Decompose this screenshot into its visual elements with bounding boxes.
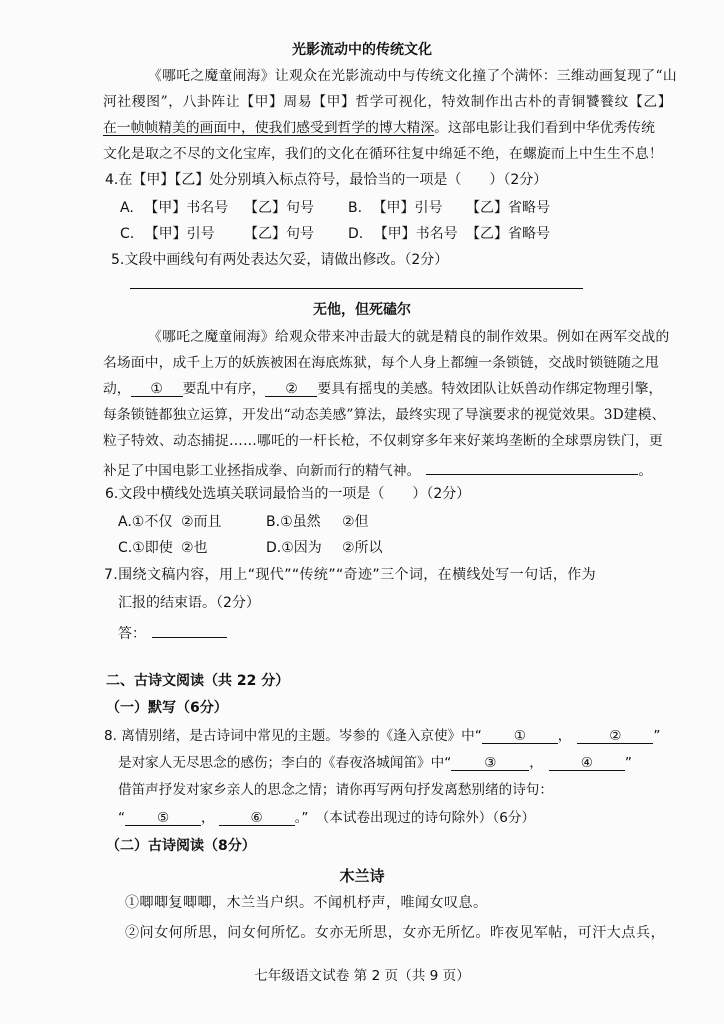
- option-second: ②但: [342, 512, 369, 532]
- closing-sentence-blank[interactable]: [426, 457, 638, 475]
- punct: “: [118, 810, 125, 826]
- blank-3[interactable]: ③: [451, 753, 529, 771]
- question-8-line-4: “⑤，⑥。”（本试卷出现过的诗句除外）（6分）: [118, 808, 535, 828]
- option-first: ①不仅: [132, 514, 173, 530]
- option-jia: 【甲】书名号: [374, 226, 458, 242]
- section-2-heading: 二、古诗文阅读（共 22 分）: [106, 671, 289, 691]
- option-second: ②而且: [181, 512, 222, 532]
- passage2-line-3: 动，①要乱中有序，②要具有摇曳的美感。特效团队让妖兽动作绑定物理引擎，: [103, 379, 662, 399]
- passage1-title: 光影流动中的传统文化: [0, 40, 724, 60]
- blank-4[interactable]: ④: [549, 753, 625, 771]
- option-yi: 【乙】省略号: [466, 198, 550, 218]
- option-letter: C.: [120, 226, 134, 242]
- poem-stanza-1: ①唧唧复唧唧，木兰当户织。不闻机杼声，唯闻女叹息。: [125, 893, 488, 913]
- passage1-line-4: 文化是取之不尽的文化宝库，我们的文化在循环往复中绵延不绝，在螺旋而上中生生不息！: [103, 144, 663, 164]
- question-7-stem-cont: 汇报的结束语。（2分）: [118, 593, 260, 613]
- option-first: ①因为: [281, 540, 322, 556]
- passage1-line-2: 河社稷图”，八卦阵让【甲】周易【甲】哲学可视化，特效制作出古朴的青铜饕餮纹【乙】: [103, 92, 672, 112]
- option-first: ①即使: [132, 540, 173, 556]
- question-6-stem: 6.文段中横线处选填关联词最恰当的一项是（ ）（2分）: [105, 484, 470, 504]
- question-8-note: （本试卷出现过的诗句除外）（6分）: [322, 810, 535, 826]
- q4-option-d[interactable]: D. 【甲】书名号 【乙】省略号: [348, 224, 458, 244]
- q6-option-c[interactable]: C.①即使 ②也: [118, 538, 173, 558]
- blank-2[interactable]: ②: [265, 379, 317, 397]
- q6-option-a[interactable]: A.①不仅 ②而且: [118, 512, 172, 532]
- option-second: ②也: [181, 538, 208, 558]
- passage2-line-5: 粒子特效、动态捕捉……哪吒的一杆长枪，不仅刺穿多年来好莱坞垄断的全球票房铁门，更: [103, 431, 663, 451]
- passage2-line-1: 《哪吒之魔童闹海》给观众带来冲击最大的就是精良的制作效果。例如在两军交战的: [148, 327, 670, 347]
- blank-1[interactable]: ①: [482, 726, 558, 744]
- passage2-line-2: 名场面中，成千上万的妖族被困在海底炼狱，每个人身上都缠一条锁链，交战时锁链随之甩: [103, 353, 659, 373]
- punct: ，: [201, 810, 215, 826]
- blank-6[interactable]: ⑥: [219, 808, 295, 826]
- option-letter: A.: [118, 514, 132, 530]
- text: 是对家人无尽思念的感伤；李白的《春夜洛城闻笛》中“: [118, 755, 451, 771]
- option-first: ①虽然: [280, 514, 321, 530]
- punct: ”: [625, 755, 632, 771]
- text: 要乱中有序，: [183, 381, 266, 397]
- punct: ，: [558, 728, 572, 744]
- punct: ”: [653, 728, 660, 744]
- option-yi: 【乙】句号: [244, 224, 314, 244]
- blank-2[interactable]: ②: [577, 726, 653, 744]
- blank-1[interactable]: ①: [131, 379, 183, 397]
- passage2-title: 无他，但死磕尔: [0, 300, 724, 320]
- option-letter: B.: [348, 200, 362, 216]
- poem-stanza-2: ②问女何所思，问女何所忆。女亦无所思，女亦无所忆。昨夜见军帖，可汗大点兵，: [125, 923, 665, 943]
- passage1-line-3-rest: 这部电影让我们看到中华优秀传统: [448, 120, 655, 136]
- passage2-line-4: 每条锁链都独立运算，开发出“动态美感”算法，最终实现了导演要求的视觉效果。3D建…: [103, 405, 665, 425]
- option-letter: D.: [266, 540, 281, 556]
- q6-option-b[interactable]: B.①虽然 ②但: [266, 512, 321, 532]
- option-jia: 【甲】引号: [145, 226, 215, 242]
- text: 补足了中国电影工业拯指成拳、向新而行的精气神。: [103, 463, 420, 479]
- option-yi: 【乙】省略号: [466, 224, 550, 244]
- q6-option-d[interactable]: D.①因为 ②所以: [266, 538, 322, 558]
- answer-label: 答：: [118, 626, 146, 642]
- question-8-line-2: 是对家人无尽思念的感伤；李白的《春夜洛城闻笛》中“③，④”: [118, 753, 632, 773]
- option-yi: 【乙】句号: [244, 198, 314, 218]
- question-8-line-1: 8. 离情别绪，是古诗词中常见的主题。岑参的《逢入京使》中“①，②”: [104, 726, 660, 746]
- answer-line-q5[interactable]: [130, 288, 583, 289]
- page-footer: 七年级语文试卷 第 2 页（共 9 页）: [0, 966, 724, 986]
- q4-option-c[interactable]: C. 【甲】引号 【乙】句号: [120, 224, 215, 244]
- passage1-line-3: 在一帧帧精美的画面中，使我们感受到哲学的博大精深。这部电影让我们看到中华优秀传统: [103, 118, 655, 138]
- question-4-stem: 4.在【甲】【乙】处分别填入标点符号，最恰当的一项是（ ）（2分）: [105, 170, 547, 190]
- option-letter: D.: [348, 226, 363, 242]
- blank-5[interactable]: ⑤: [125, 808, 201, 826]
- text: 8. 离情别绪，是古诗词中常见的主题。岑参的《逢入京使》中“: [104, 728, 482, 744]
- q4-option-b[interactable]: B. 【甲】引号 【乙】省略号: [348, 198, 443, 218]
- question-7-answer: 答：: [118, 620, 227, 644]
- punct: 。”: [295, 810, 309, 826]
- option-jia: 【甲】书名号: [144, 200, 228, 216]
- punct: 。: [638, 463, 652, 479]
- answer-blank-q7[interactable]: [152, 620, 227, 638]
- option-jia: 【甲】引号: [373, 200, 443, 216]
- passage2-line-6: 补足了中国电影工业拯指成拳、向新而行的精气神。。: [103, 457, 652, 481]
- option-second: ②所以: [342, 538, 383, 558]
- question-8-line-3: 借笛声抒发对家乡亲人的思念之情；请你再写两句抒发离愁别绪的诗句：: [118, 780, 553, 800]
- question-5-stem: 5.文段中画线句有两处表达欠妥，请做出修改。（2分）: [111, 250, 448, 270]
- punct: ，: [529, 755, 543, 771]
- question-7-stem: 7.围绕文稿内容，用上“现代”“传统”“奇迹”三个词，在横线处写一句话，作为: [104, 565, 596, 585]
- text: 要具有摇曳的美感。特效团队让妖兽动作绑定物理引擎，: [317, 381, 662, 397]
- q4-option-a[interactable]: A. 【甲】书名号 【乙】句号: [120, 198, 228, 218]
- poem-title: 木兰诗: [0, 866, 724, 886]
- option-letter: C.: [118, 540, 132, 556]
- option-letter: A.: [120, 200, 134, 216]
- passage1-line-1: 《哪吒之魔童闹海》让观众在光影流动中与传统文化撞了个满怀：三维动画复现了“山: [148, 66, 677, 86]
- option-letter: B.: [266, 514, 280, 530]
- subsection-dictation: （一）默写（6分）: [106, 698, 228, 718]
- subsection-poem-reading: （二）古诗阅读（8分）: [106, 836, 256, 856]
- text: 动，: [103, 381, 131, 397]
- punct: 。: [434, 120, 448, 136]
- underlined-sentence: 在一帧帧精美的画面中，使我们感受到哲学的博大精深: [103, 120, 434, 136]
